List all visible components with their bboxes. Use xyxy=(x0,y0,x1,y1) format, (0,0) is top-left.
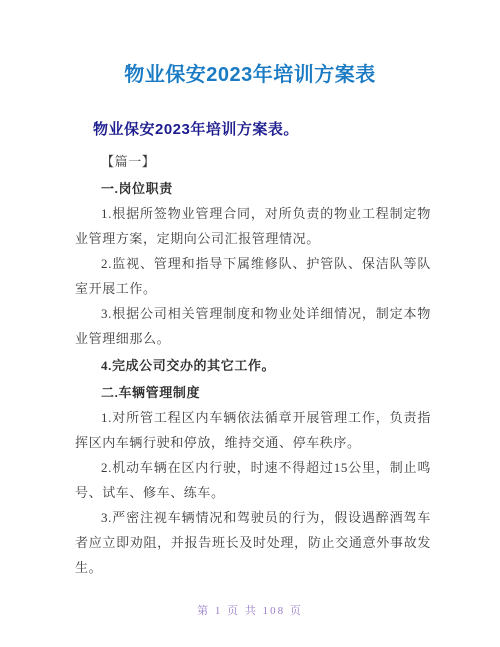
document-body: 【篇一】 一.岗位职责 1.根据所签物业管理合同，对所负责的物业工程制定物业管理… xyxy=(75,149,431,580)
paragraph-duties-3: 3.根据公司相关管理制度和物业处详细情况，制定本物业管理细那么。 xyxy=(75,301,431,351)
paragraph-vehicles-2: 2.机动车辆在区内行驶，时速不得超过15公里，制止鸣号、试车、修车、练车。 xyxy=(75,455,431,505)
section-heading-duties: 一.岗位职责 xyxy=(75,176,431,201)
document-subtitle: 物业保安2023年培训方案表。 xyxy=(93,118,299,139)
page-number-footer: 第 1 页 共 108 页 xyxy=(0,602,500,618)
document-title: 物业保安2023年培训方案表 xyxy=(0,58,500,87)
document-page: 物业保安2023年培训方案表 物业保安2023年培训方案表。 【篇一】 一.岗位… xyxy=(0,0,500,647)
paragraph-duties-1: 1.根据所签物业管理合同，对所负责的物业工程制定物业管理方案，定期向公司汇报管理… xyxy=(75,201,431,251)
section-heading-vehicles: 二.车辆管理制度 xyxy=(75,380,431,405)
paragraph-duties-4: 4.完成公司交办的其它工作。 xyxy=(75,353,431,378)
section-marker: 【篇一】 xyxy=(75,149,431,174)
paragraph-vehicles-1: 1.对所管工程区内车辆依法循章开展管理工作，负责指挥区内车辆行驶和停放，维持交通… xyxy=(75,405,431,455)
paragraph-duties-2: 2.监视、管理和指导下属维修队、护管队、保洁队等队室开展工作。 xyxy=(75,251,431,301)
paragraph-vehicles-3: 3.严密注视车辆情况和驾驶员的行为，假设遇醉酒驾车者应立即劝阻，并报告班长及时处… xyxy=(75,505,431,580)
